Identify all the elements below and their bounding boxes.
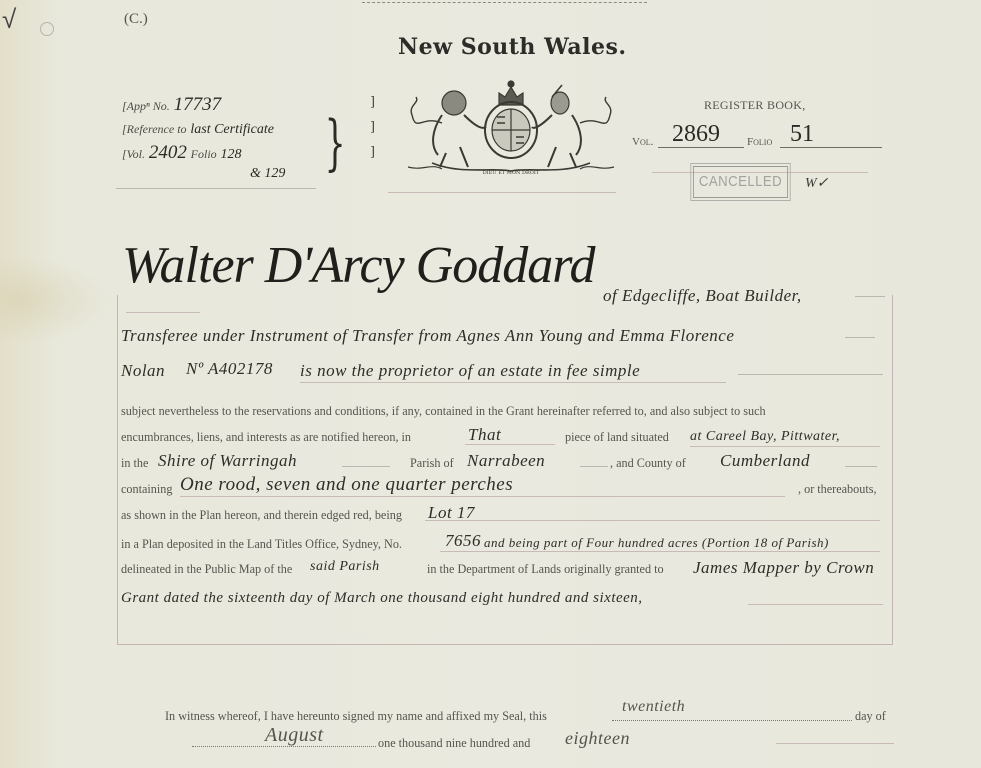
- folio-value-2: & 129: [250, 166, 285, 181]
- motto-text: DIEU ET MON DROIT: [483, 170, 540, 176]
- day-dotted-line: [612, 720, 852, 721]
- app-number-value: 17737: [174, 94, 222, 115]
- vol-underline: [658, 147, 744, 148]
- day-of-label: day of: [855, 709, 886, 724]
- granted-to-clause: in the Department of Lands originally gr…: [427, 562, 664, 577]
- piece-label: piece of land situated: [565, 430, 669, 445]
- encumbrances-clause: encumbrances, liens, and interests as ar…: [121, 430, 411, 445]
- parish-label: Parish of: [410, 456, 454, 471]
- top-decorative-rule: [362, 0, 647, 3]
- proprietor-text: is now the proprietor of an estate in fe…: [300, 361, 640, 381]
- parish-value: Narrabeen: [467, 451, 545, 471]
- register-folio-value: 51: [790, 121, 814, 148]
- year-value: eighteen: [565, 728, 630, 749]
- plan-deposited-clause: in a Plan deposited in the Land Titles O…: [121, 537, 402, 552]
- transferee-line: Transferee under Instrument of Transfer …: [121, 326, 734, 346]
- vol-value: 2402: [149, 142, 187, 163]
- witness-clause: In witness whereof, I have hereunto sign…: [165, 709, 547, 724]
- plan-underline: [440, 551, 880, 552]
- curly-brace-icon: }: [325, 113, 346, 173]
- folio-value: 128: [221, 147, 242, 162]
- subject-clause: subject nevertheless to the reservations…: [121, 404, 766, 419]
- county-dash: [845, 466, 877, 467]
- certificate-of-title-page: √ (C.) New South Wales. [Appⁿ No. 17737 …: [0, 0, 981, 768]
- parish-dash: [580, 466, 608, 467]
- in-the-label: in the: [121, 456, 148, 471]
- area-underline: [180, 496, 785, 497]
- margin-check-mark: √: [2, 4, 16, 35]
- arms-underline: [388, 192, 616, 193]
- reference-line: [Reference to last Certificate: [122, 116, 274, 143]
- grantee-value: James Mapper by Crown: [693, 558, 874, 578]
- thereabouts-label: , or thereabouts,: [798, 482, 877, 497]
- signature-rule: [776, 743, 894, 744]
- bracket-1: ]: [370, 95, 375, 110]
- shire-dash: [342, 466, 390, 467]
- nolan-text: Nolan: [121, 361, 165, 381]
- app-number-label: [Appⁿ No.: [122, 99, 170, 113]
- bracket-2: ]: [370, 120, 375, 135]
- register-vol-value: 2869: [672, 121, 720, 148]
- situated-underline: [690, 446, 880, 447]
- line1-dash: [845, 337, 875, 338]
- punch-hole-mark: [40, 22, 54, 36]
- folio-continuation-line: & 129: [250, 160, 285, 187]
- area-value: One rood, seven and one quarter perches: [180, 474, 513, 496]
- bracket-3: ]: [370, 145, 375, 160]
- grant-date-line: Grant dated the sixteenth day of March o…: [121, 590, 643, 607]
- reference-value: last Certificate: [190, 122, 274, 137]
- ref-block-underline: [116, 188, 316, 189]
- vol-folio-line: [Vol. 2402 Folio 128: [122, 140, 242, 168]
- public-map-clause: delineated in the Public Map of the: [121, 562, 292, 577]
- situated-value: at Careel Bay, Pittwater,: [690, 429, 840, 445]
- shire-value: Shire of Warringah: [158, 451, 297, 471]
- day-value: twentieth: [622, 698, 685, 716]
- that-underline: [465, 444, 555, 445]
- grant-date-underline: [748, 604, 883, 605]
- portion-description: and being part of Four hundred acres (Po…: [484, 535, 829, 551]
- county-value: Cumberland: [720, 451, 810, 471]
- vol-label: [Vol.: [122, 147, 145, 161]
- form-code: (C.): [124, 11, 148, 28]
- register-book-title: REGISTER BOOK,: [704, 98, 806, 113]
- owner-name: Walter D'Arcy Goddard: [122, 236, 595, 295]
- plan-number-value: 7656: [445, 531, 481, 551]
- instrument-number: Nº A402178: [186, 359, 273, 379]
- cancelled-stamp: CANCELLED: [693, 166, 788, 198]
- lot-underline: [425, 520, 880, 521]
- county-label: , and County of: [610, 456, 686, 471]
- stamp-initial-mark: W✓: [805, 175, 828, 192]
- folio-underline: [780, 147, 882, 148]
- royal-coat-of-arms-icon: DIEU ET MON DROIT: [402, 75, 620, 180]
- said-parish-value: said Parish: [310, 559, 380, 575]
- line2-underline: [300, 382, 726, 383]
- reference-label: [Reference to: [122, 122, 187, 136]
- folio-label: Folio: [191, 147, 217, 161]
- app-number-line: [Appⁿ No. 17737: [122, 92, 221, 119]
- year-clause: one thousand nine hundred and: [378, 736, 530, 751]
- containing-label: containing: [121, 482, 172, 497]
- register-folio-label: Folio: [747, 136, 772, 148]
- edged-red-clause: as shown in the Plan hereon, and therein…: [121, 508, 402, 523]
- month-value: August: [265, 724, 324, 747]
- state-title: New South Wales.: [398, 34, 627, 60]
- that-value: That: [468, 425, 501, 445]
- line2-dash: [738, 374, 883, 375]
- register-vol-label: Vol.: [632, 136, 653, 148]
